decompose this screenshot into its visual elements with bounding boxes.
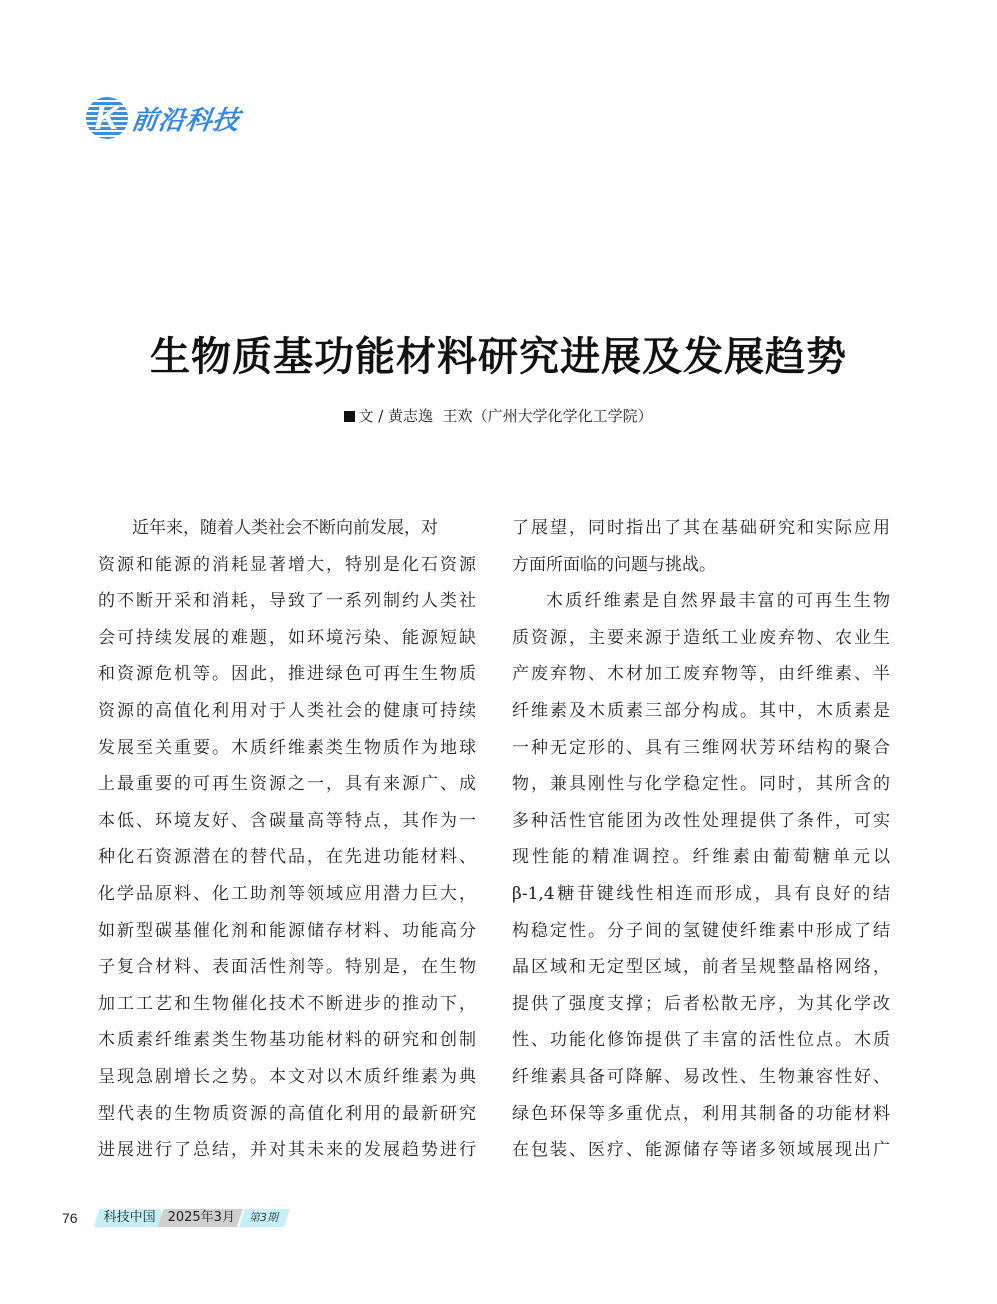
body-column-right: 了展望，同时指出了其在基础研究和实际应用 方面所面临的问题与挑战。 木质纤维素是… [512, 510, 890, 1169]
text-line: 多种活性官能团为改性处理提供了条件，可实 [512, 803, 890, 840]
affiliation: （广州大学化学化工学院） [473, 407, 653, 425]
issue-date: 2025年3月 [158, 1209, 243, 1227]
text-line: 种化石资源潜在的替代品，在先进功能材料、 [98, 839, 476, 876]
body-column-left: 近年来，随着人类社会不断向前发展，对 资源和能源的消耗显著增大，特别是化石资源 … [98, 510, 476, 1169]
text-line: 绿色环保等多重优点，利用其制备的功能材料 [512, 1096, 890, 1133]
byline-prefix: 文 / [358, 407, 388, 425]
text-line: 发展至关重要。木质纤维素类生物质作为地球 [98, 730, 476, 767]
authors: 黄志逸 王欢 [388, 407, 473, 425]
text-line: 加工工艺和生物催化技术不断进步的推动下， [98, 986, 476, 1023]
text-line: 呈现急剧增长之势。本文对以木质纤维素为典 [98, 1059, 476, 1096]
footer-ribbon: 科技中国 2025年3月 第3期 [94, 1209, 290, 1227]
magazine-name: 科技中国 [94, 1209, 162, 1227]
text-line: 资源和能源的消耗显著增大，特别是化石资源 [98, 547, 476, 584]
text-line: 的不断开采和消耗，导致了一系列制约人类社 [98, 583, 476, 620]
text-line: 产废弃物、木材加工废弃物等，由纤维素、半 [512, 656, 890, 693]
section-name: 前沿科技 [129, 100, 242, 137]
text-line: 化学品原料、化工助剂等领域应用潜力巨大， [98, 876, 476, 913]
text-line: 晶区域和无定型区域，前者呈规整晶格网络， [512, 949, 890, 986]
text-line: 物，兼具刚性与化学稳定性。同时，其所含的 [512, 766, 890, 803]
text-line: 如新型碳基催化剂和能源储存材料、功能高分 [98, 913, 476, 950]
text-line: 资源的高值化利用对于人类社会的健康可持续 [98, 693, 476, 730]
text-line: 一种无定形的、具有三维网状芳环结构的聚合 [512, 730, 890, 767]
text-line: 提供了强度支撑；后者松散无序，为其化学改 [512, 986, 890, 1023]
section-logo: K 前沿科技 [86, 96, 240, 140]
text-line: 质资源，主要来源于造纸工业废弃物、农业生 [512, 620, 890, 657]
text-line: 本低、环境友好、含碳量高等特点，其作为一 [98, 803, 476, 840]
text-line: 和资源危机等。因此，推进绿色可再生生物质 [98, 656, 476, 693]
byline-square-icon [344, 411, 355, 422]
text-line: 近年来，随着人类社会不断向前发展，对 [98, 510, 476, 547]
page-footer: 76 科技中国 2025年3月 第3期 [62, 1208, 290, 1228]
text-line: 子复合材料、表面活性剂等。特别是，在生物 [98, 949, 476, 986]
text-line: 方面所面临的问题与挑战。 [512, 547, 890, 584]
text-line: 纤维素具备可降解、易改性、生物兼容性好、 [512, 1059, 890, 1096]
text-line: 木质纤维素是自然界最丰富的可再生生物 [512, 583, 890, 620]
text-line: 现性能的精准调控。纤维素由葡萄糖单元以 [512, 839, 890, 876]
text-line: 型代表的生物质资源的高值化利用的最新研究 [98, 1096, 476, 1133]
page-number: 76 [62, 1210, 78, 1226]
text-line: 上最重要的可再生资源之一，具有来源广、成 [98, 766, 476, 803]
text-line: 纤维素及木质素三部分构成。其中，木质素是 [512, 693, 890, 730]
byline: 文 / 黄志逸 王欢（广州大学化学化工学院） [0, 405, 997, 426]
text-line: 性、功能化修饰提供了丰富的活性位点。木质 [512, 1022, 890, 1059]
k-logo-letter: K [86, 97, 128, 139]
article-title: 生物质基功能材料研究进展及发展趋势 [0, 325, 997, 382]
text-line: β-1,4糖苷键线性相连而形成，具有良好的结 [512, 876, 890, 913]
text-line: 会可持续发展的难题，如环境污染、能源短缺 [98, 620, 476, 657]
text-line: 在包装、医疗、能源储存等诸多领域展现出广 [512, 1132, 890, 1169]
issue-number: 第3期 [239, 1209, 290, 1227]
text-line: 进展进行了总结，并对其未来的发展趋势进行 [98, 1132, 476, 1169]
text-line: 了展望，同时指出了其在基础研究和实际应用 [512, 510, 890, 547]
text-line: 构稳定性。分子间的氢键使纤维素中形成了结 [512, 913, 890, 950]
k-logo-icon: K [86, 97, 128, 139]
text-line: 木质素纤维素类生物基功能材料的研究和创制 [98, 1022, 476, 1059]
